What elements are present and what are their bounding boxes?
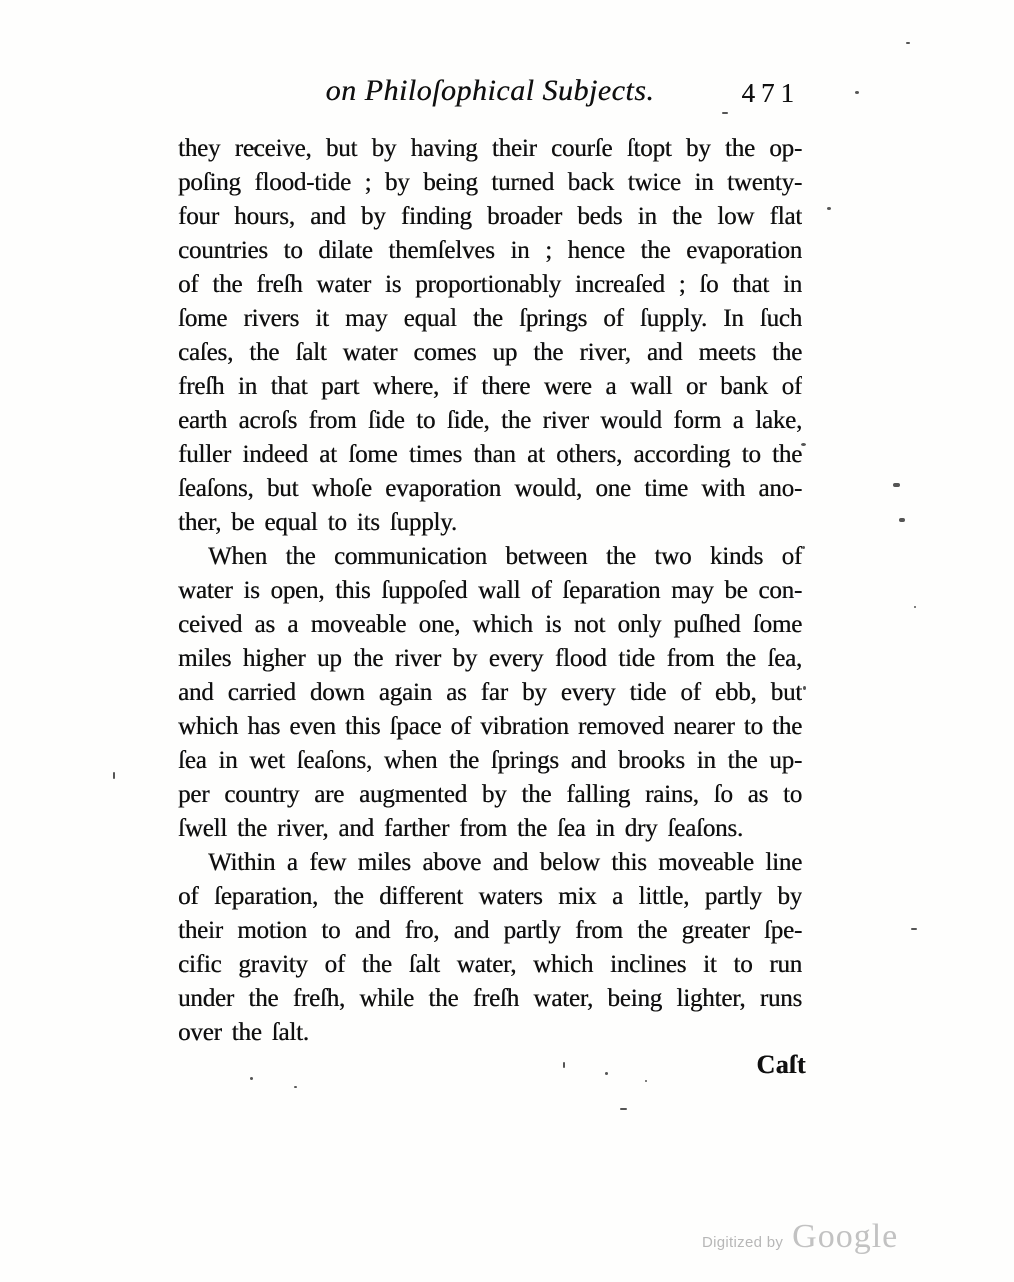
text-line: per country are augmented by the falling…	[178, 778, 802, 812]
text-line: When the communication between the two k…	[178, 540, 802, 574]
scan-speckle	[620, 1108, 627, 1110]
text-line: of the freſh water is proportionably inc…	[178, 268, 802, 302]
text-line: of ſeparation, the different waters mix …	[178, 880, 802, 914]
scan-speckle	[855, 91, 859, 94]
page-number: 471	[742, 78, 801, 109]
scan-speckle	[906, 42, 910, 44]
scan-speckle	[250, 1077, 253, 1080]
text-line: water is open, this ſuppoſed wall of ſep…	[178, 574, 802, 608]
text-line: four hours, and by finding broader beds …	[178, 200, 802, 234]
text-line: ſome rivers it may equal the ſprings of …	[178, 302, 802, 336]
text-line: their motion to and fro, and partly from…	[178, 914, 802, 948]
text-line: ſea in wet ſeaſons, when the ſprings and…	[178, 744, 802, 778]
scan-speckle	[253, 147, 256, 150]
text-line: ceived as a moveable one, which is not o…	[178, 608, 802, 642]
text-line: caſes, the ſalt water comes up the river…	[178, 336, 802, 370]
watermark: Digitized by Google	[702, 1218, 898, 1256]
text-line: Within a few miles above and below this …	[178, 846, 802, 880]
running-title: on Philoſophical Subjects.	[178, 74, 802, 108]
scan-speckle	[802, 546, 805, 549]
text-line: ther, be equal to its ſupply.	[178, 506, 802, 540]
text-line: which has even this ſpace of vibration r…	[178, 710, 802, 744]
scan-speckle	[911, 928, 917, 930]
text-line: cific gravity of the ſalt water, which i…	[178, 948, 802, 982]
scan-speckle	[113, 772, 115, 779]
scan-speckle	[827, 207, 831, 210]
text-block: they receive, but by having their courſe…	[178, 132, 802, 1050]
text-line: earth acroſs from ſide to ſide, the rive…	[178, 404, 802, 438]
scan-speckle	[563, 1062, 565, 1068]
text-line: countries to dilate themſelves in ; henc…	[178, 234, 802, 268]
scan-speckle	[803, 686, 806, 690]
scan-speckle	[893, 483, 900, 487]
watermark-prefix: Digitized by	[702, 1234, 783, 1251]
text-line: freſh in that part where, if there were …	[178, 370, 802, 404]
text-line: they receive, but by having their courſe…	[178, 132, 802, 166]
text-line: ſwell the river, and farther from the ſe…	[178, 812, 802, 846]
text-line: ſeaſons, but whoſe evaporation would, on…	[178, 472, 802, 506]
text-line: fuller indeed at ſome times than at othe…	[178, 438, 802, 472]
google-logo: Google	[792, 1218, 898, 1256]
scan-speckle	[801, 443, 806, 446]
scan-speckle	[605, 1072, 608, 1075]
text-line: and carried down again as far by every t…	[178, 676, 802, 710]
book-page-scan: on Philoſophical Subjects. 471 they rece…	[0, 0, 1014, 1282]
scan-speckle	[294, 1086, 297, 1088]
scan-speckle	[899, 518, 905, 522]
text-line: over the ſalt.	[178, 1016, 802, 1050]
scan-speckle	[645, 1080, 647, 1082]
text-line: poſing flood-tide ; by being turned back…	[178, 166, 802, 200]
page-header: on Philoſophical Subjects. 471	[178, 74, 802, 118]
text-line: miles higher up the river by every flood…	[178, 642, 802, 676]
catchword: Caſt	[178, 1050, 806, 1080]
scan-speckle	[722, 112, 728, 114]
scan-speckle	[914, 606, 916, 608]
text-line: under the freſh, while the freſh water, …	[178, 982, 802, 1016]
